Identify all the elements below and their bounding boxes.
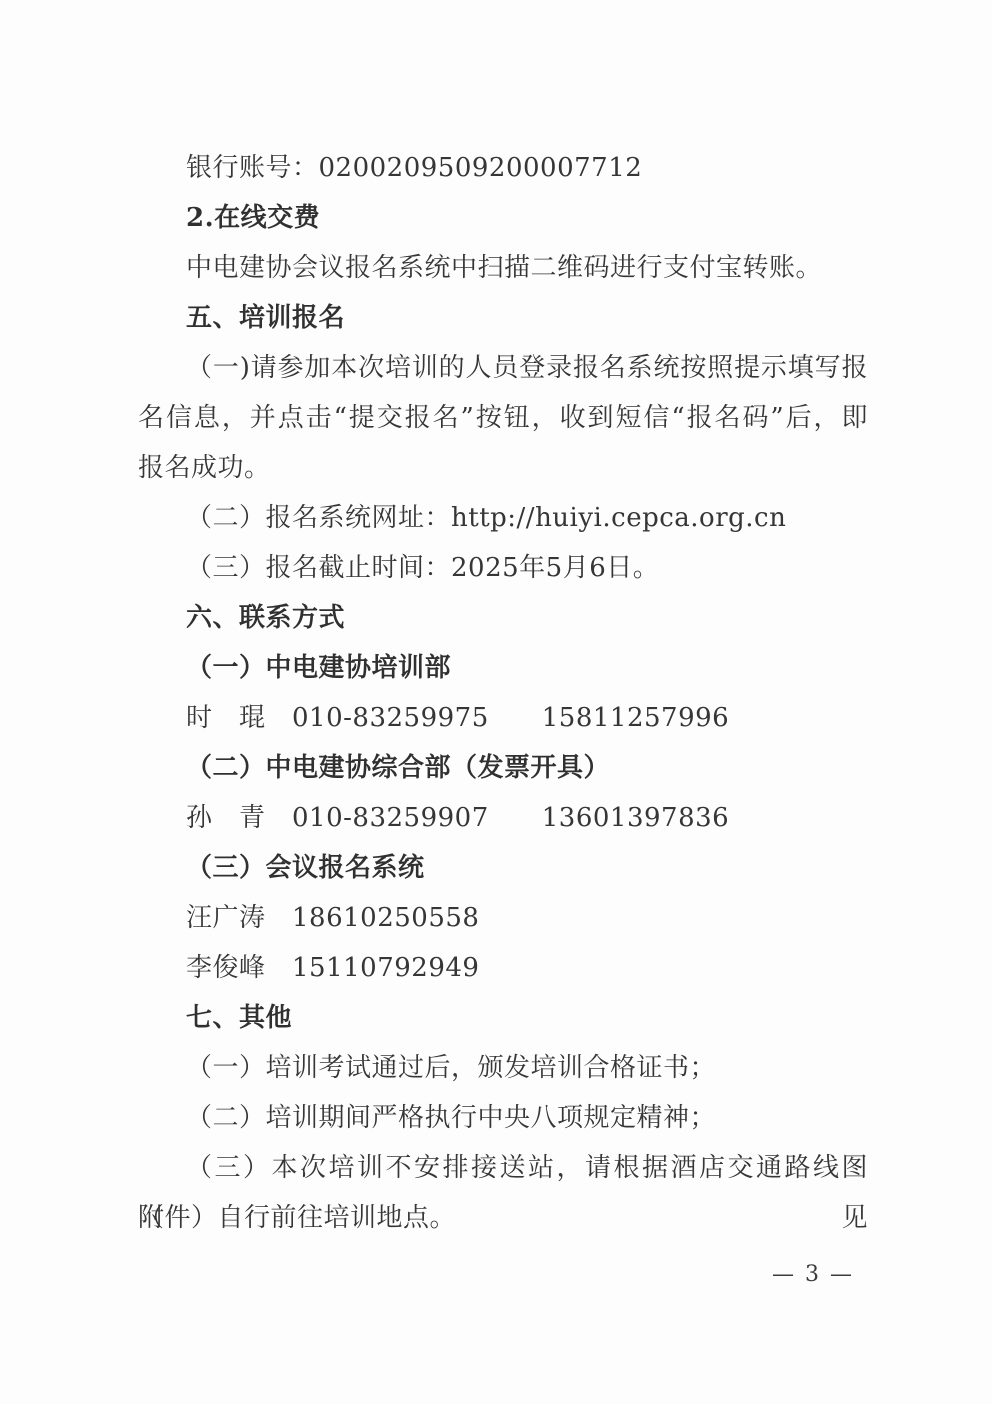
heading-online-payment: 2.在线交费 <box>138 193 868 243</box>
document-body: 银行账号：0200209509200007712 2.在线交费 中电建协会议报名… <box>138 143 868 1243</box>
document-page: 银行账号：0200209509200007712 2.在线交费 中电建协会议报名… <box>0 0 992 1404</box>
text-line-registration-step-1c: 报名成功。 <box>138 443 868 493</box>
contact-wang-guangtao: 汪广涛 18610250558 <box>138 893 868 943</box>
contact-shi-kun: 时 琨 010-83259975 15811257996 <box>138 693 868 743</box>
text-line-registration-deadline: （三）报名截止时间：2025年5月6日。 <box>138 543 868 593</box>
text-line-registration-step-1b: 名信息，并点击“提交报名”按钮，收到短信“报名码”后，即 <box>138 393 868 443</box>
heading-section-7-others: 七、其他 <box>138 993 868 1043</box>
heading-registration-system: （三）会议报名系统 <box>138 843 868 893</box>
text-line-bank-account: 银行账号：0200209509200007712 <box>138 143 868 193</box>
heading-section-5-registration: 五、培训报名 <box>138 293 868 343</box>
heading-general-dept-invoice: （二）中电建协综合部（发票开具） <box>138 743 868 793</box>
page-number: — 3 — <box>772 1262 854 1288</box>
text-line-regulations-note: （二）培训期间严格执行中央八项规定精神； <box>138 1093 868 1143</box>
contact-sun-qing: 孙 青 010-83259907 13601397836 <box>138 793 868 843</box>
contact-li-junfeng: 李俊峰 15110792949 <box>138 943 868 993</box>
heading-section-6-contacts: 六、联系方式 <box>138 593 868 643</box>
text-line-certificate-note: （一）培训考试通过后，颁发培训合格证书； <box>138 1043 868 1093</box>
text-line-registration-step-1a: （一)请参加本次培训的人员登录报名系统按照提示填写报 <box>138 343 868 393</box>
heading-training-dept: （一）中电建协培训部 <box>138 643 868 693</box>
text-line-alipay-instruction: 中电建协会议报名系统中扫描二维码进行支付宝转账。 <box>138 243 868 293</box>
text-line-transport-note-a: （三）本次培训不安排接送站，请根据酒店交通路线图（见 <box>138 1143 868 1193</box>
text-line-registration-url: （二）报名系统网址：http://huiyi.cepca.org.cn <box>138 493 868 543</box>
